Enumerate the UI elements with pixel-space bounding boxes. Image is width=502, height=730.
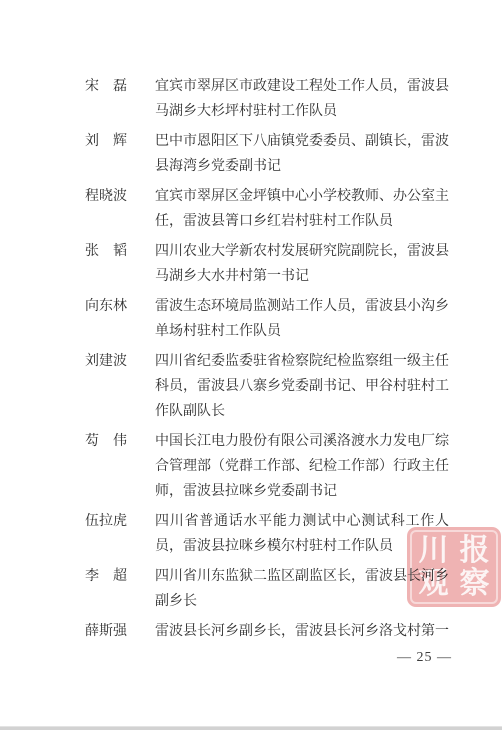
person-description: 宜宾市翠屏区市政建设工程处工作人员，雷波县马湖乡大杉坪村驻村工作队员 bbox=[155, 74, 449, 124]
page-number: — 25 — bbox=[397, 650, 452, 666]
person-name: 伍拉虎 bbox=[85, 509, 129, 559]
person-description: 雷波生态环境局监测站工作人员，雷波县小沟乡单场村驻村工作队员 bbox=[155, 294, 449, 344]
person-description: 巴中市恩阳区下八庙镇党委委员、副镇长，雷波县海湾乡党委副书记 bbox=[155, 129, 449, 179]
person-name: 李 超 bbox=[85, 564, 129, 614]
chuanbao-guancha-watermark-stamp: 川 报 观 察 bbox=[407, 527, 501, 607]
list-item: 张 韬 四川农业大学新农村发展研究院副院长，雷波县马湖乡大水井村第一书记 bbox=[85, 239, 451, 289]
stamp-char: 川 bbox=[419, 536, 449, 566]
person-name: 刘 辉 bbox=[85, 129, 129, 179]
award-list: 宋 磊 宜宾市翠屏区市政建设工程处工作人员，雷波县马湖乡大杉坪村驻村工作队员 刘… bbox=[85, 74, 451, 649]
list-item: 宋 磊 宜宾市翠屏区市政建设工程处工作人员，雷波县马湖乡大杉坪村驻村工作队员 bbox=[85, 74, 451, 124]
list-item: 刘建波 四川省纪委监委驻省检察院纪检监察组一级主任科员，雷波县八寨乡党委副书记、… bbox=[85, 349, 451, 424]
list-item: 程晓波 宜宾市翠屏区金坪镇中心小学校教师、办公室主任，雷波县箐口乡红岩村驻村工作… bbox=[85, 184, 451, 234]
person-name: 芶 伟 bbox=[85, 429, 129, 504]
stamp-char: 察 bbox=[460, 569, 490, 599]
person-description: 四川农业大学新农村发展研究院副院长，雷波县马湖乡大水井村第一书记 bbox=[155, 239, 449, 289]
person-name: 程晓波 bbox=[85, 184, 129, 234]
person-description: 四川省普通话水平能力测试中心测试科工作人员，雷波县拉咪乡模尔村驻村工作队员 bbox=[155, 509, 449, 559]
list-item: 李 超 四川省川东监狱二监区副监区长，雷波县长河乡副乡长 bbox=[85, 564, 451, 614]
person-name: 向东林 bbox=[85, 294, 129, 344]
page-bottom-edge bbox=[0, 726, 502, 730]
person-description: 雷波县长河乡副乡长，雷波县长河乡洛戈村第一 bbox=[155, 619, 449, 644]
document-page: 宋 磊 宜宾市翠屏区市政建设工程处工作人员，雷波县马湖乡大杉坪村驻村工作队员 刘… bbox=[0, 0, 502, 730]
person-description: 四川省纪委监委驻省检察院纪检监察组一级主任科员，雷波县八寨乡党委副书记、甲谷村驻… bbox=[155, 349, 449, 424]
person-name: 薛斯强 bbox=[85, 619, 129, 644]
list-item: 刘 辉 巴中市恩阳区下八庙镇党委委员、副镇长，雷波县海湾乡党委副书记 bbox=[85, 129, 451, 179]
person-name: 刘建波 bbox=[85, 349, 129, 424]
list-item: 薛斯强 雷波县长河乡副乡长，雷波县长河乡洛戈村第一 bbox=[85, 619, 451, 644]
stamp-char: 报 bbox=[460, 536, 490, 566]
person-description: 宜宾市翠屏区金坪镇中心小学校教师、办公室主任，雷波县箐口乡红岩村驻村工作队员 bbox=[155, 184, 449, 234]
person-name: 张 韬 bbox=[85, 239, 129, 289]
person-description: 四川省川东监狱二监区副监区长，雷波县长河乡副乡长 bbox=[155, 564, 449, 614]
person-description: 中国长江电力股份有限公司溪洛渡水力发电厂综合管理部（党群工作部、纪检工作部）行政… bbox=[155, 429, 449, 504]
person-name: 宋 磊 bbox=[85, 74, 129, 124]
list-item: 芶 伟 中国长江电力股份有限公司溪洛渡水力发电厂综合管理部（党群工作部、纪检工作… bbox=[85, 429, 451, 504]
stamp-char: 观 bbox=[419, 569, 449, 599]
list-item: 伍拉虎 四川省普通话水平能力测试中心测试科工作人员，雷波县拉咪乡模尔村驻村工作队… bbox=[85, 509, 451, 559]
list-item: 向东林 雷波生态环境局监测站工作人员，雷波县小沟乡单场村驻村工作队员 bbox=[85, 294, 451, 344]
